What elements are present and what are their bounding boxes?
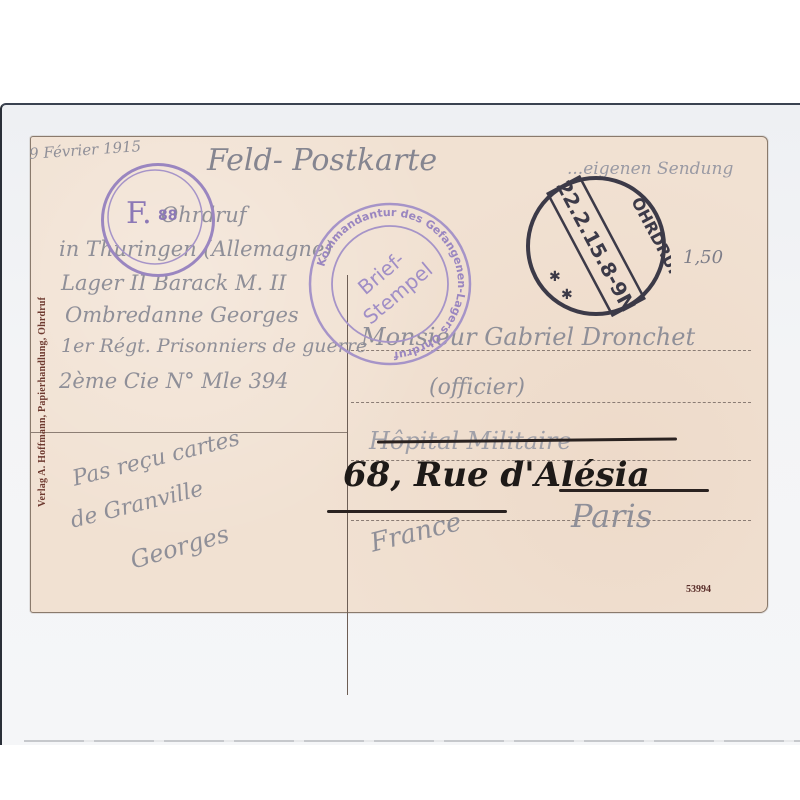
- price-note: 1,50: [683, 247, 723, 268]
- message-signature: Georges: [127, 520, 232, 575]
- sender-date: 9 Février 1915: [29, 137, 142, 163]
- camp-censor-stamp: Kommandantur des Gefangenen-Lagers Ohrdr…: [305, 199, 475, 369]
- censor-stamp-small: F. 88: [101, 163, 215, 277]
- sender-line-4: Ombredanne Georges: [65, 303, 299, 327]
- sender-line-6: 2ème Cie N° Mle 394: [59, 369, 289, 393]
- recipient-rank: (officier): [429, 375, 525, 400]
- recipient-country: France: [367, 507, 464, 559]
- message-line-1: Pas reçu cartes: [70, 426, 242, 492]
- underline-alesia: [559, 489, 709, 492]
- message-divider: [31, 432, 347, 433]
- svg-text:✱: ✱: [561, 287, 573, 303]
- sleeve-edge: [24, 740, 800, 742]
- postcard: Verlag A. Hoffmann, Papierhandlung, Ohrd…: [30, 136, 768, 613]
- recipient-city: Paris: [571, 497, 652, 535]
- censor-number: 88: [158, 208, 177, 224]
- serial-number: 53994: [686, 584, 711, 595]
- address-line-2: [351, 402, 751, 403]
- svg-text:OHRDRUF: OHRDRUF: [627, 194, 671, 281]
- underline-street: [327, 510, 507, 513]
- publisher-imprint: Verlag A. Hoffmann, Papierhandlung, Ohrd…: [37, 297, 48, 507]
- postcard-heading: Feld- Postkarte: [207, 143, 437, 178]
- ohrdruf-postmark: 22.2.15.8-9N OHRDRUF ✱ ✱: [521, 171, 671, 321]
- svg-text:✱: ✱: [549, 269, 561, 285]
- censor-letter: F.: [126, 196, 152, 231]
